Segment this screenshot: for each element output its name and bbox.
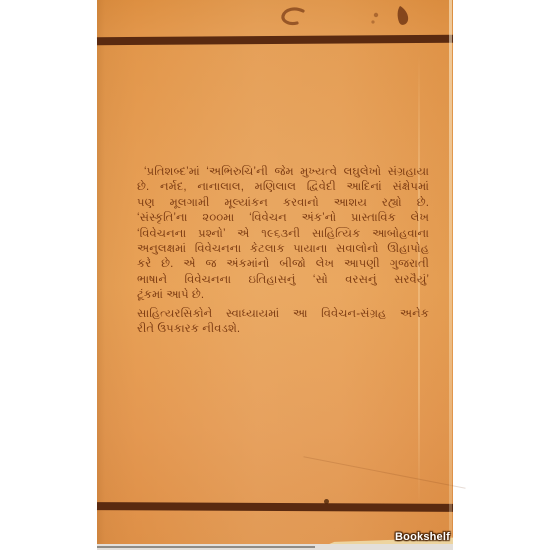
bookshelf-watermark: Bookshelf	[395, 531, 450, 543]
cover-text-line: ‘પ્રતિશબ્દ’માં ‘અભિરુચિ’ની જેમ મુખ્યત્વે…	[137, 165, 429, 180]
cover-text-line: ‘સંસ્કૃતિ’ના ૨૦૦મા ‘વિવેચન અંક’નો પ્રાસ્…	[137, 211, 429, 226]
cover-paragraph: સાહિત્યરસિકોને સ્વાધ્યાયમાં આ વિવેચન-સંગ…	[137, 307, 429, 338]
book-cover-scan: ‘પ્રતિશબ્દ’માં ‘અભિરુચિ’ની જેમ મુખ્યત્વે…	[97, 0, 453, 550]
page-background: ‘પ્રતિશબ્દ’માં ‘અભિરુચિ’ની જેમ મુખ્યત્વે…	[0, 0, 550, 550]
ink-smudge-crescent	[283, 9, 303, 24]
paper-crease-diagonal	[303, 456, 465, 488]
cover-text-line: સાહિત્યરસિકોને સ્વાધ્યાયમાં આ વિવેચન-સંગ…	[137, 307, 429, 322]
cover-paragraph: ‘પ્રતિશબ્દ’માં ‘અભિરુચિ’ની જેમ મુખ્યત્વે…	[137, 165, 429, 304]
cover-text-line: ભાષાને વિવેચનના ઇતિહાસનું ‘સો વરસનું સરવ…	[137, 273, 429, 288]
cover-top-rule	[97, 35, 453, 45]
cover-text-line: રીતે ઉપકારક નીવડશે.	[137, 322, 429, 337]
stain-dot	[324, 499, 329, 504]
cover-text-line: અનુલક્ષમાં વિવેચનના કેટલાક પાયાના સવાલોન…	[137, 242, 429, 257]
cover-text-line: ટૂંકમાં આપે છે.	[137, 288, 429, 303]
bottom-scan-edge-line	[97, 546, 315, 548]
cover-text-line: પણ મૂલગામી મૂલ્યાંકન કરવાનો આશય રહ્યો છે…	[137, 196, 429, 211]
cover-text-line: કરે છે. એ જ અંકમાંનો બીજો લેખ આપણી ગુજરા…	[137, 257, 429, 272]
cover-text-line: ‘વિવેચનના પ્રશ્નો’ એ ૧૯૬૩ની સાહિત્યિક આબ…	[137, 227, 429, 242]
ink-smudge-dot-1	[374, 13, 378, 17]
ink-smudge-dot-2	[371, 20, 374, 23]
ink-smudge-drop	[398, 6, 409, 25]
cover-bottom-rule	[97, 502, 453, 512]
cover-text-line: છે. નર્મદ, નાનાલાલ, મણિલાલ દ્વિવેદી આદિન…	[137, 180, 429, 195]
cover-right-edge	[449, 0, 452, 550]
cover-text-block: ‘પ્રતિશબ્દ’માં ‘અભિરુચિ’ની જેમ મુખ્યત્વે…	[137, 165, 429, 337]
ink-smudges	[267, 4, 417, 28]
